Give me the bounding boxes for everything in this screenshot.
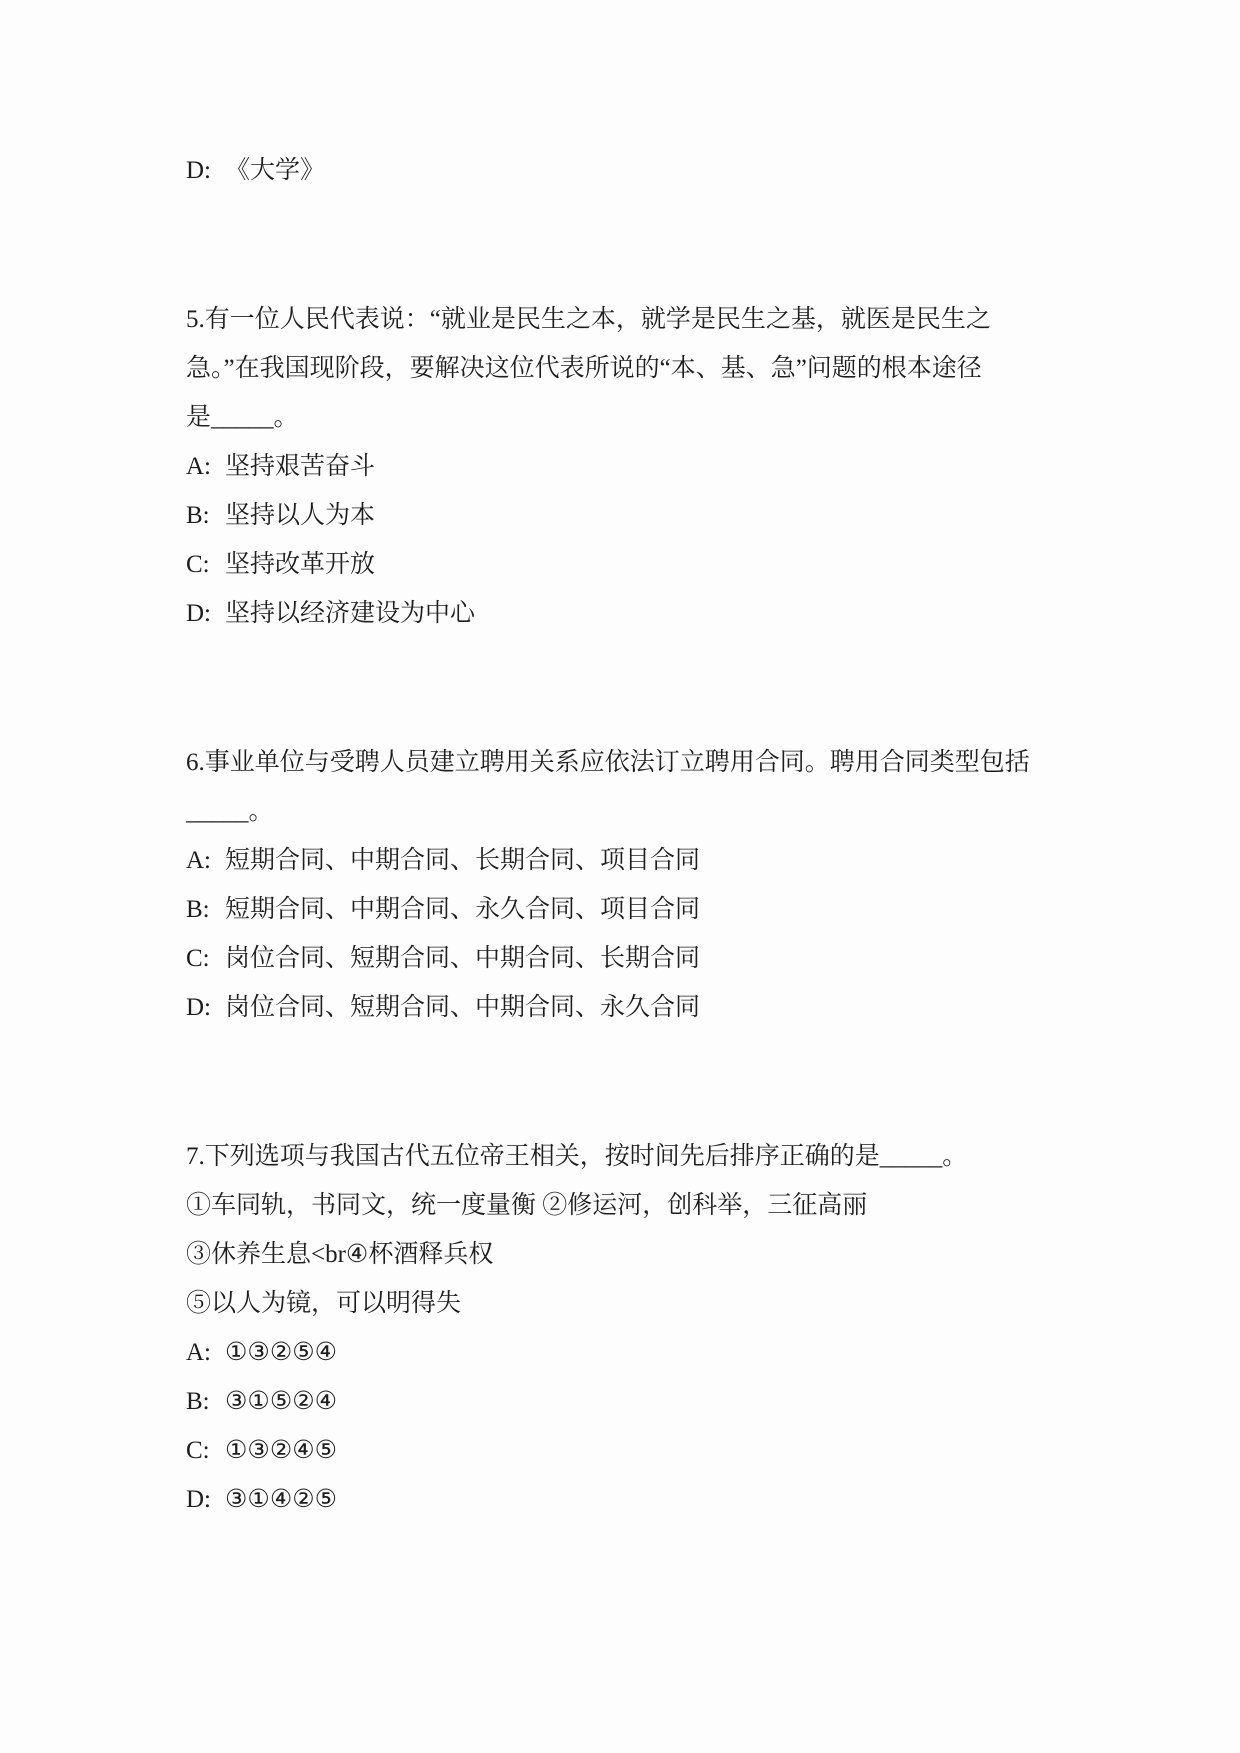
option-label: C: [186,934,212,983]
option-label: D: [186,589,212,638]
option-text: ①③②④⑤ [225,1437,337,1464]
option-row-c: C:岗位合同、短期合同、中期合同、长期合同 [186,934,1090,983]
option-label: A: [186,1328,212,1377]
option-row-b: B:③①⑤②④ [186,1377,1090,1426]
option-label: D: [186,1475,212,1524]
question-line: ⑤以人为镜，可以明得失 [186,1279,1090,1328]
option-row-c: C:坚持改革开放 [186,540,1090,589]
option-text: ③①④②⑤ [225,1486,337,1513]
option-label: B: [186,1377,212,1426]
option-label: A: [186,836,212,885]
option-row-a: A:短期合同、中期合同、长期合同、项目合同 [186,836,1090,885]
option-row-b: B:短期合同、中期合同、永久合同、项目合同 [186,885,1090,934]
question-line: ③休养生息<br④杯酒释兵权 [186,1230,1090,1279]
question-7: 7.下列选项与我国古代五位帝王相关，按时间先后排序正确的是_____。 ①车同轨… [186,1132,1090,1524]
question-5: 5.有一位人民代表说：“就业是民生之本，就学是民生之基，就医是民生之 急。”在我… [186,295,1090,638]
question-line: 7.下列选项与我国古代五位帝王相关，按时间先后排序正确的是_____。 [186,1132,1090,1181]
question-line: _____。 [186,787,1090,836]
option-row-b: B:坚持以人为本 [186,491,1090,540]
option-label: B: [186,885,212,934]
question-line: 是_____。 [186,393,1090,442]
option-text: ①③②⑤④ [225,1339,337,1366]
option-label: B: [186,491,212,540]
question-line: 急。”在我国现阶段，要解决这位代表所说的“本、基、急”问题的根本途径 [186,344,1090,393]
exam-document-page: D:《大学》 5.有一位人民代表说：“就业是民生之本，就学是民生之基，就医是民生… [0,0,1240,1753]
question-line: 5.有一位人民代表说：“就业是民生之本，就学是民生之基，就医是民生之 [186,295,1090,344]
option-text: 坚持以经济建设为中心 [225,600,475,627]
option-text: 岗位合同、短期合同、中期合同、永久合同 [225,994,700,1021]
option-label: A: [186,442,212,491]
option-text: 短期合同、中期合同、长期合同、项目合同 [225,847,700,874]
option-row-a: A:①③②⑤④ [186,1328,1090,1377]
question-line: ①车同轨，书同文，统一度量衡 ②修运河，创科举，三征高丽 [186,1181,1090,1230]
option-row-prev-d: D:《大学》 [186,146,1090,195]
question-line: 6.事业单位与受聘人员建立聘用关系应依法订立聘用合同。聘用合同类型包括 [186,738,1090,787]
option-row-d: D:③①④②⑤ [186,1475,1090,1524]
option-text: 坚持改革开放 [225,551,375,578]
option-label: D: [186,983,212,1032]
option-text: 坚持艰苦奋斗 [225,453,375,480]
document-body: D:《大学》 5.有一位人民代表说：“就业是民生之本，就学是民生之基，就医是民生… [0,0,1240,1753]
option-text: 坚持以人为本 [225,502,375,529]
option-text: 岗位合同、短期合同、中期合同、长期合同 [225,945,700,972]
question-6: 6.事业单位与受聘人员建立聘用关系应依法订立聘用合同。聘用合同类型包括 ____… [186,738,1090,1032]
option-text: 《大学》 [225,157,325,184]
option-text: ③①⑤②④ [225,1388,337,1415]
option-row-d: D:坚持以经济建设为中心 [186,589,1090,638]
option-label: D: [186,146,212,195]
option-row-c: C:①③②④⑤ [186,1426,1090,1475]
option-label: C: [186,1426,212,1475]
option-label: C: [186,540,212,589]
option-row-a: A:坚持艰苦奋斗 [186,442,1090,491]
option-row-d: D:岗位合同、短期合同、中期合同、永久合同 [186,983,1090,1032]
option-text: 短期合同、中期合同、永久合同、项目合同 [225,896,700,923]
